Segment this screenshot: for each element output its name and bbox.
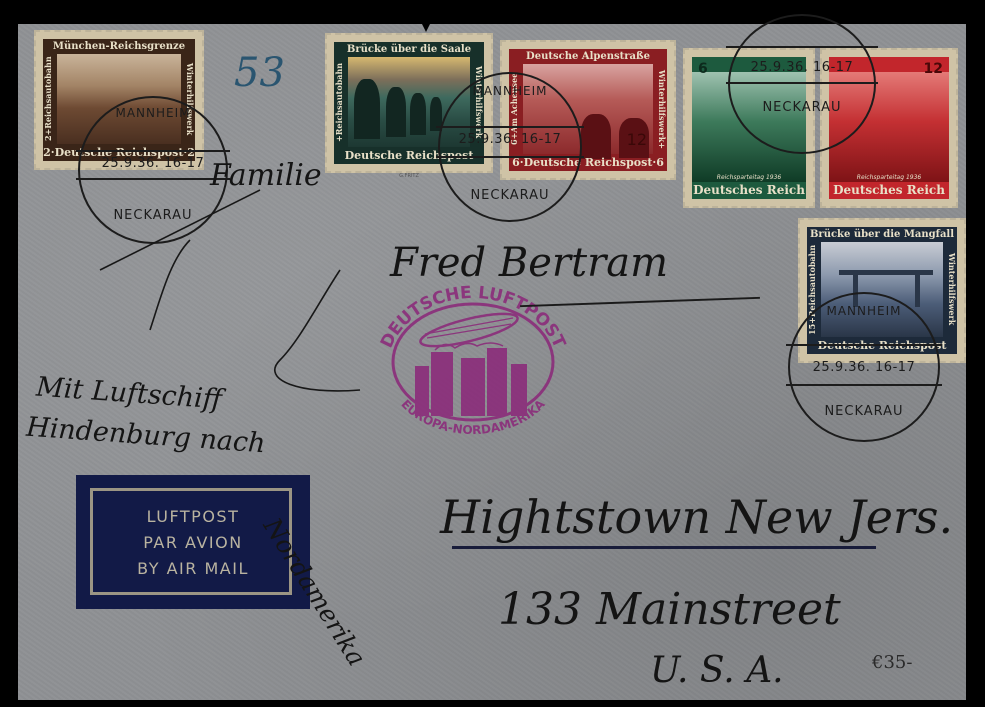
envelope-notch (420, 20, 432, 32)
price-note: €35- (872, 652, 912, 673)
stamp-title: Brücke über die Mangfall (807, 227, 957, 242)
airmail-line-3: BY AIR MAIL (76, 559, 310, 578)
zeppelin-cachet: DEUTSCHE LUFTPOST EUROPA-NORDAMERIKA (365, 278, 581, 438)
stamp-side-text: Winterhilfswerk+ (653, 64, 667, 154)
stamp-bottom-text: Deutsches Reich (829, 182, 949, 199)
stamp-side-text: Winterhilfswerk (943, 242, 957, 337)
stamp-side-text: 2+Reichsautobahn (43, 54, 57, 144)
handwritten-familie: Familie (210, 158, 322, 193)
postmark: MANNHEIM 25.9.36. 16-17 NECKARAU (78, 96, 228, 244)
address-underline (452, 546, 876, 549)
stamp-subtitle: Reichsparteitag 1936 (692, 174, 806, 181)
handwritten-address-country: U. S. A. (650, 650, 784, 691)
stamp-bottom-text: Deutsches Reich (692, 182, 806, 199)
postmark: 25.9.36. 16-17 NECKARAU (728, 14, 876, 154)
postmark: MANNHEIM 25.9.36. 16-17 NECKARAU (788, 292, 940, 442)
handwritten-address-city: Hightstown New Jers. (440, 490, 953, 544)
postmark: MANNHEIM 25.9.36. 16-17 NECKARAU (438, 72, 582, 222)
stamp-value: 6 (698, 61, 708, 77)
stamp-title: München-Reichsgrenze (43, 39, 195, 54)
stamp-value: 12 (627, 130, 647, 149)
handwritten-address-street: 133 Mainstreet (498, 584, 841, 635)
stamp-title: Deutsche Alpenstraße (509, 49, 667, 64)
stamp-title: Brücke über die Saale (334, 42, 484, 57)
stamp-value: 12 (924, 61, 943, 77)
stamp-subtitle: Reichsparteitag 1936 (829, 174, 949, 181)
pencil-note: 53 (234, 50, 285, 96)
stamp-side-text: +Reichsautobahn (334, 57, 348, 147)
handwritten-recipient: Fred Bertram (390, 240, 668, 286)
